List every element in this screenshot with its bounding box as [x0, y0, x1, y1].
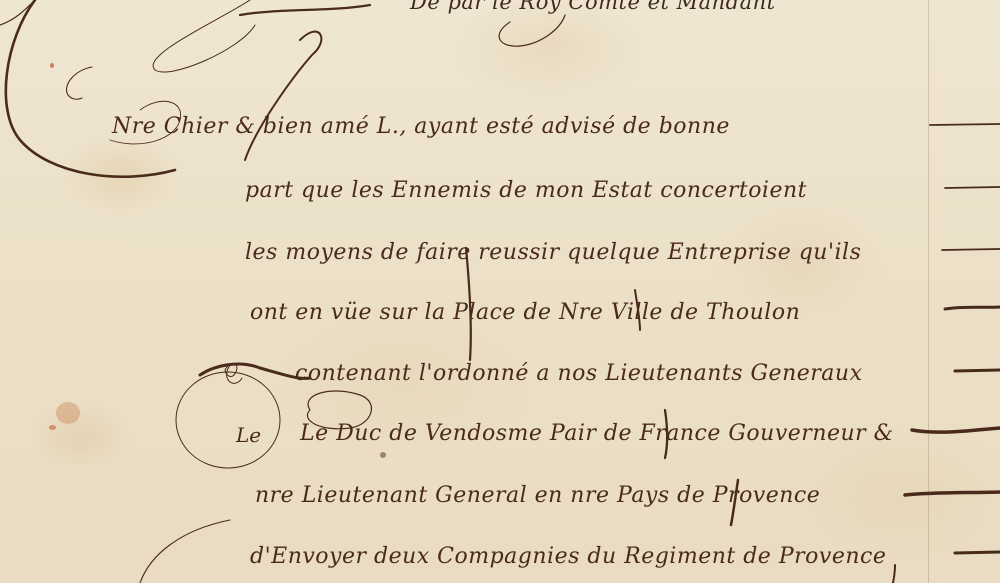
manuscript-line-4: ont en vüe sur la Place de Nre Ville de … [250, 302, 800, 324]
manuscript-line-3: les moyens de faire reussir quelque Entr… [245, 242, 861, 264]
manuscript-line-1: Nre Chier & bien amé L., ayant esté advi… [112, 116, 730, 138]
line-filler [912, 428, 1000, 432]
line-filler [945, 187, 1000, 188]
line-filler [955, 552, 1000, 553]
line-filler [955, 370, 1000, 371]
document-header: De par le Roy Comte et Mandant [410, 0, 776, 13]
circled-margin-initial: Le [236, 423, 261, 447]
line-filler [905, 492, 1000, 495]
line-filler [945, 307, 1000, 309]
manuscript-line-7: nre Lieutenant General en nre Pays de Pr… [255, 485, 820, 507]
manuscript-line-8: d'Envoyer deux Compagnies du Regiment de… [250, 546, 886, 568]
manuscript-line-6: Le Duc de Vendosme Pair de France Gouver… [300, 423, 894, 445]
line-filler [930, 124, 1000, 125]
initial-c-flourish [6, 0, 175, 177]
manuscript-line-2: part que les Ennemis de mon Estat concer… [245, 180, 807, 202]
line-filler [942, 249, 1000, 250]
manuscript-line-5: contenant l'ordonné a nos Lieutenants Ge… [295, 363, 862, 385]
